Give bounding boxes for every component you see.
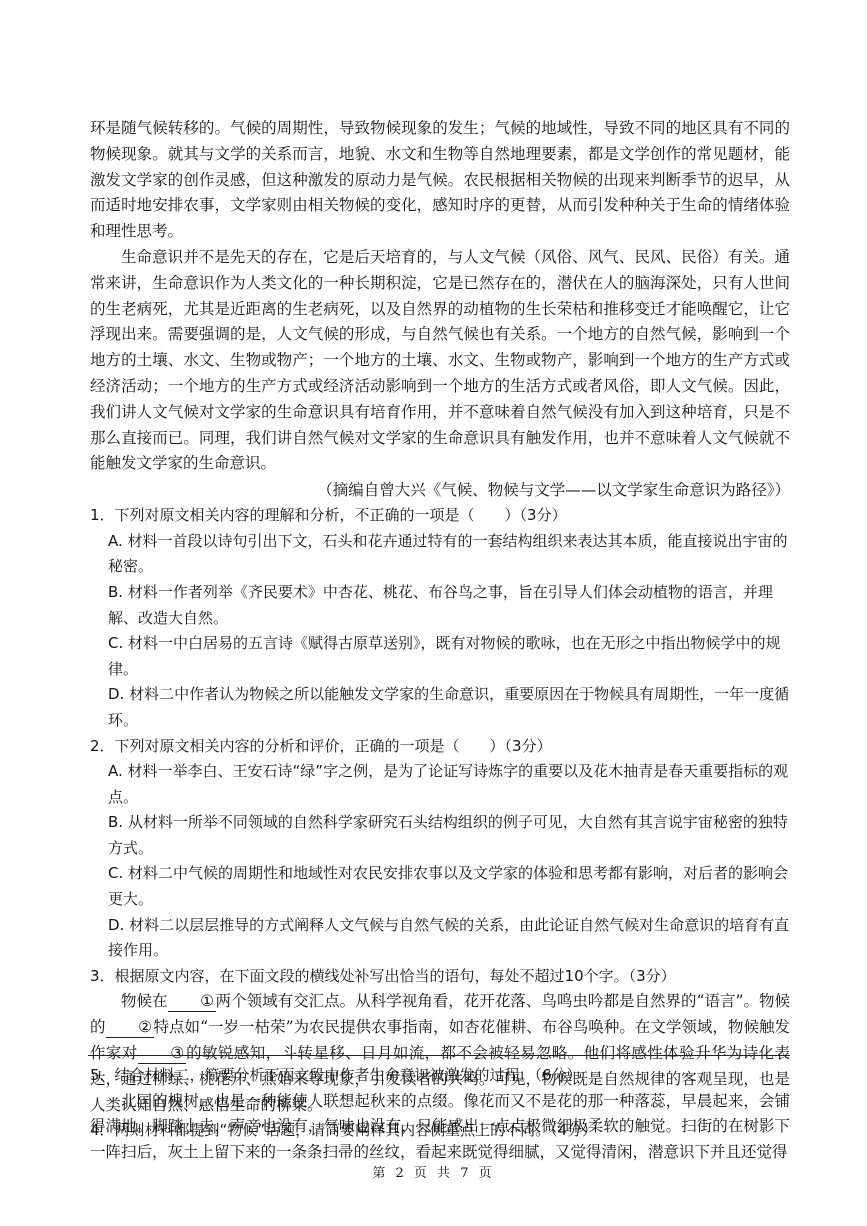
question-5-excerpt: 北国的槐树，也是一种能使人联想起秋来的点缀。像花而又不是花的那一种落蕊，早晨起来… <box>90 1089 790 1166</box>
question-5-stem: 5．结合材料二，简要分析下面文段中作者生命意识被激发的过程。（6分） <box>90 1063 790 1089</box>
q3-text-1: 物候在 <box>121 992 168 1010</box>
question-5: 5．结合材料二，简要分析下面文段中作者生命意识被激发的过程。（6分） 北国的槐树… <box>90 1063 790 1166</box>
fill-blank-3[interactable]: ③ <box>138 1043 186 1064</box>
question-1-option-a: A. 材料一首段以诗句引出下文，石头和花卉通过特有的一套结构组织来表达其本质，能… <box>90 529 790 580</box>
passage-source-citation: （摘编自曾大兴《气候、物候与文学——以文学家生命意识为路径》） <box>90 477 790 503</box>
question-1-stem: 1．下列对原文相关内容的理解和分析，不正确的一项是（ ）（3分） <box>90 503 790 529</box>
fill-blank-2[interactable]: ② <box>106 1017 154 1038</box>
fill-blank-1[interactable]: ① <box>168 991 216 1012</box>
answer-divider-line <box>88 1055 790 1056</box>
question-2-stem: 2．下列对原文相关内容的分析和评价，正确的一项是（ ）（3分） <box>90 734 790 760</box>
passage-paragraph-1: 环是随气候转移的。气候的周期性，导致物候现象的发生；气候的地域性，导致不同的地区… <box>90 116 790 245</box>
page-number-footer: 第 2 页 共 7 页 <box>0 1162 867 1181</box>
question-1: 1．下列对原文相关内容的理解和分析，不正确的一项是（ ）（3分） A. 材料一首… <box>90 503 790 733</box>
question-2-option-c: C. 材料二中气候的周期性和地域性对农民安排农事以及文学家的体验和思考都有影响，… <box>90 861 790 912</box>
question-2-option-b: B. 从材料一所举不同领域的自然科学家研究石头结构组织的例子可见，大自然有其言说… <box>90 810 790 861</box>
question-2-option-d: D. 材料二以层层推导的方式阐释人文气候与自然气候的关系，由此论证自然气候对生命… <box>90 913 790 964</box>
question-1-option-d: D. 材料二中作者认为物候之所以能触发文学家的生命意识，重要原因在于物候具有周期… <box>90 682 790 733</box>
question-2: 2．下列对原文相关内容的分析和评价，正确的一项是（ ）（3分） A. 材料一举李… <box>90 734 790 964</box>
question-1-option-b: B. 材料一作者列举《齐民要术》中杏花、桃花、布谷鸟之事，旨在引导人们体会动植物… <box>90 580 790 631</box>
question-3-stem: 3．根据原文内容，在下面文段的横线处补写出恰当的语句，每处不超过10个字。（3分… <box>90 964 790 990</box>
passage-paragraph-2: 生命意识并不是先天的存在，它是后天培育的，与人文气候（风俗、风气、民风、民俗）有… <box>90 245 790 477</box>
question-1-option-c: C. 材料一中白居易的五言诗《赋得古原草送别》，既有对物候的歌咏，也在无形之中指… <box>90 631 790 682</box>
exam-page-body: 环是随气候转移的。气候的周期性，导致物候现象的发生；气候的地域性，导致不同的地区… <box>90 116 790 1144</box>
question-2-option-a: A. 材料一举李白、王安石诗“绿”字之例，是为了论证写诗炼字的重要以及花木抽青是… <box>90 759 790 810</box>
